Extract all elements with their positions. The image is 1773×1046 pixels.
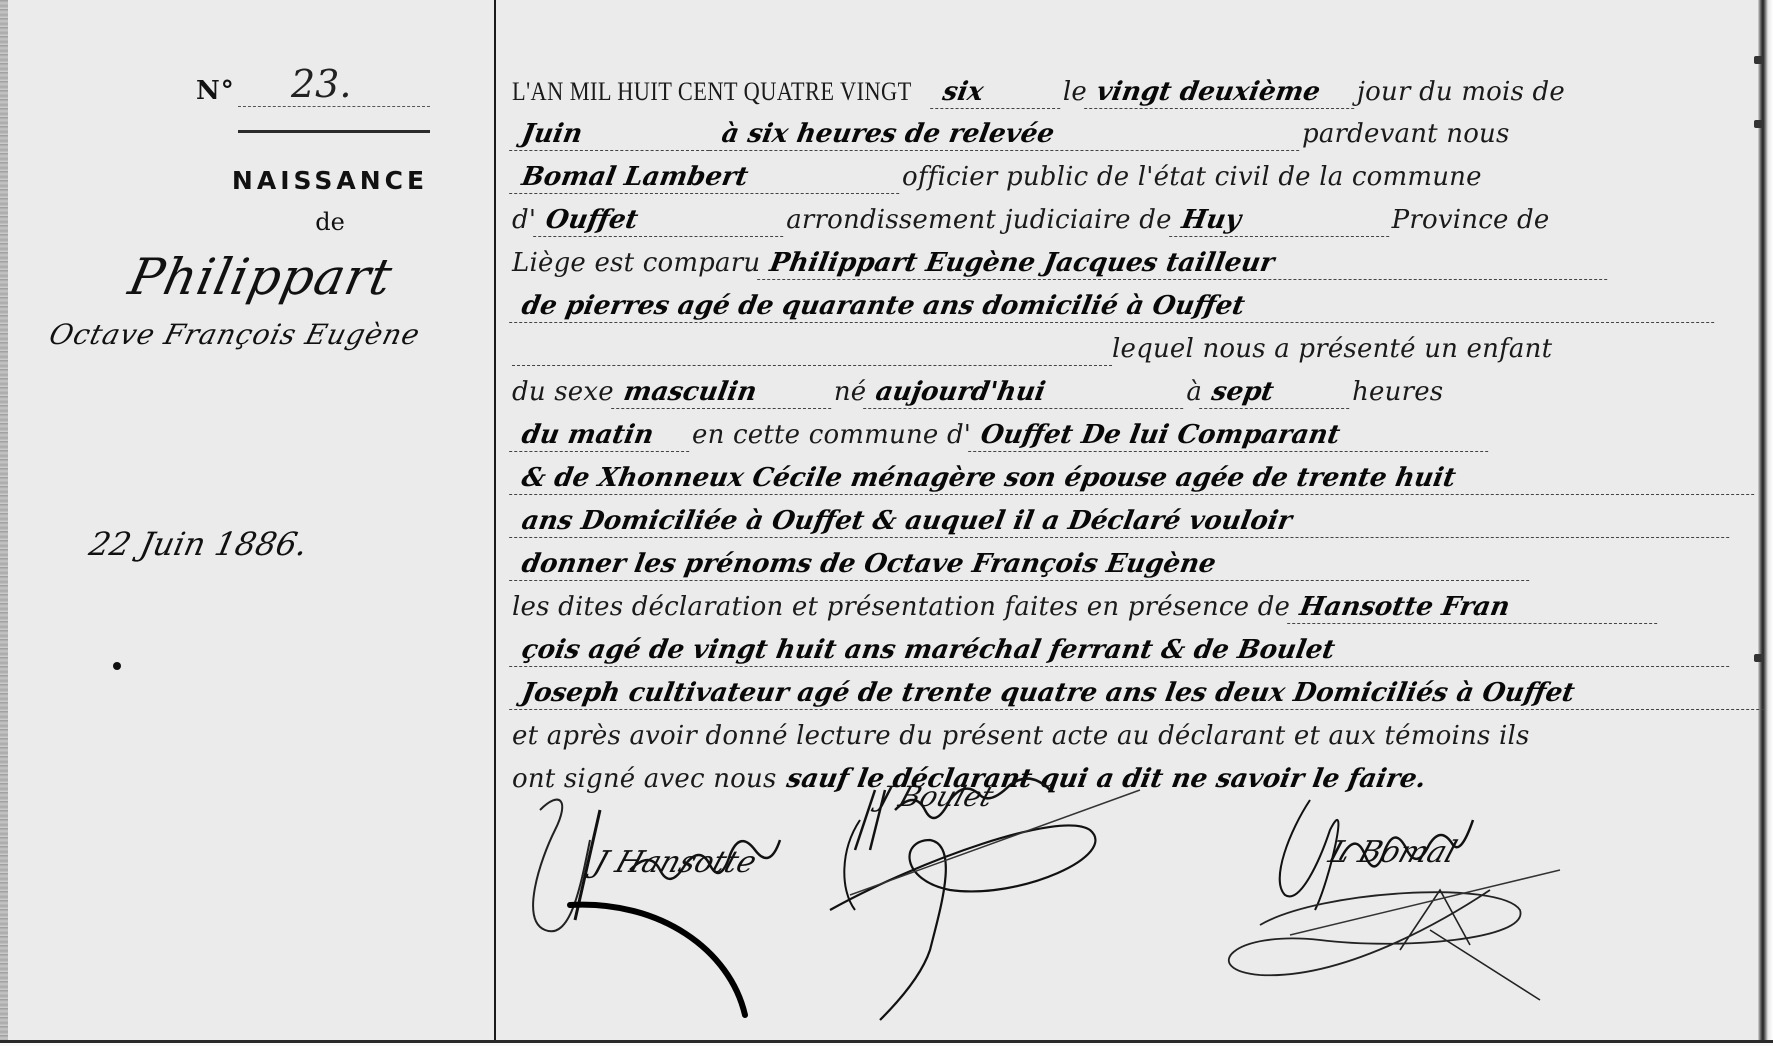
printed-text: jour du mois de bbox=[1357, 71, 1565, 114]
act-line: de pierres agé de quarante ans domicilié… bbox=[512, 285, 1752, 328]
scan-left-edge bbox=[0, 0, 8, 1046]
printed-text: Liège est comparu bbox=[512, 242, 760, 285]
act-line: Joseph cultivateur agé de trente quatre … bbox=[512, 672, 1752, 715]
binding-clip bbox=[1754, 120, 1764, 128]
act-line: & de Xhonneux Cécile ménagère son épouse… bbox=[512, 457, 1752, 500]
act-line: du matin en cette commune d' Ouffet De l… bbox=[512, 414, 1752, 457]
handwritten-entry: & de Xhonneux Cécile ménagère son épouse… bbox=[509, 462, 1760, 495]
act-line: les dites déclaration et présentation fa… bbox=[512, 586, 1752, 629]
signature-hansotte: J Hansotte bbox=[589, 845, 761, 880]
act-line: d'Ouffet arrondissement judiciaire de Hu… bbox=[512, 199, 1752, 242]
signatures-area: J Hansotte J Boulet L Bomal bbox=[500, 770, 1750, 1030]
handwritten-entry: à six heures de relevée bbox=[709, 118, 1305, 151]
handwritten-entry: de pierres agé de quarante ans domicilié… bbox=[509, 290, 1720, 323]
handwritten-entry: ans Domiciliée à Ouffet & auquel il a Dé… bbox=[509, 505, 1735, 538]
blank-field: ~ bbox=[512, 333, 1112, 366]
birth-record-page: N° 23. NAISSANCE de Philippart Octave Fr… bbox=[0, 0, 1773, 1046]
handwritten-entry: Philippart Eugène Jacques tailleur bbox=[757, 247, 1613, 280]
handwritten-entry: Ouffet bbox=[533, 204, 789, 237]
printed-text: heures bbox=[1352, 371, 1443, 414]
act-line: du sexe masculin né aujourd'hui à sept h… bbox=[512, 371, 1752, 414]
act-body: L'AN MIL HUIT CENT QUATRE VINGTsix le vi… bbox=[512, 70, 1752, 801]
printed-text: L'AN MIL HUIT CENT QUATRE VINGT bbox=[512, 70, 912, 113]
margin-date: 22 Juin 1886. bbox=[86, 525, 311, 563]
binding-clip bbox=[1754, 654, 1764, 662]
signature-bomal: L Bomal bbox=[1324, 835, 1461, 870]
printed-text: et après avoir donné lecture du présent … bbox=[512, 715, 1530, 758]
column-divider bbox=[494, 0, 496, 1043]
act-number-underline bbox=[238, 106, 430, 107]
signature-boulet: J Boulet bbox=[875, 780, 998, 813]
act-number-label: N° bbox=[196, 76, 235, 106]
handwritten-entry: donner les prénoms de Octave François Eu… bbox=[509, 548, 1535, 581]
act-number-value: 23. bbox=[291, 62, 351, 106]
printed-text: du sexe bbox=[512, 371, 614, 414]
printed-text: pardevant nous bbox=[1302, 113, 1510, 156]
handwritten-entry: sept bbox=[1199, 376, 1355, 409]
handwritten-entry: six bbox=[930, 76, 1066, 109]
handwritten-entry: Bomal Lambert bbox=[509, 161, 905, 194]
handwritten-entry: çois agé de vingt huit ans maréchal ferr… bbox=[509, 634, 1735, 667]
handwritten-entry: masculin bbox=[611, 376, 837, 409]
act-number: N° 23. bbox=[196, 68, 436, 108]
act-line: Bomal Lambert officier public de l'état … bbox=[512, 156, 1752, 199]
act-line: çois agé de vingt huit ans maréchal ferr… bbox=[512, 629, 1752, 672]
margin-separator bbox=[238, 130, 430, 133]
record-type-heading: NAISSANCE bbox=[210, 166, 450, 195]
printed-text: officier public de l'état civil de la co… bbox=[902, 156, 1482, 199]
act-line: ans Domiciliée à Ouffet & auquel il a Dé… bbox=[512, 500, 1752, 543]
handwritten-entry: Juin bbox=[509, 118, 715, 151]
signature-flourishes bbox=[500, 770, 1750, 1030]
ink-dot bbox=[113, 662, 121, 670]
binding-clip bbox=[1754, 56, 1764, 64]
act-line: Juinà six heures de relevée pardevant no… bbox=[512, 113, 1752, 156]
record-type-de: de bbox=[210, 208, 450, 236]
act-line: Liège est comparu Philippart Eugène Jacq… bbox=[512, 242, 1752, 285]
margin-column: N° 23. NAISSANCE de Philippart Octave Fr… bbox=[10, 0, 492, 1040]
printed-text: lequel nous a présenté un enfant bbox=[1112, 328, 1552, 371]
act-line: L'AN MIL HUIT CENT QUATRE VINGTsix le vi… bbox=[512, 70, 1752, 113]
printed-text: en cette commune d' bbox=[692, 414, 971, 457]
act-line: ~ lequel nous a présenté un enfant bbox=[512, 328, 1752, 371]
printed-text: Province de bbox=[1392, 199, 1550, 242]
handwritten-entry: Huy bbox=[1169, 204, 1395, 237]
handwritten-entry: du matin bbox=[509, 419, 695, 452]
handwritten-entry: Hansotte Fran bbox=[1287, 591, 1663, 624]
binding-edge bbox=[1758, 0, 1773, 1046]
handwritten-entry: Joseph cultivateur agé de trente quatre … bbox=[509, 677, 1770, 710]
handwritten-entry: vingt deuxième bbox=[1084, 76, 1360, 109]
printed-text: né bbox=[834, 371, 867, 414]
handwritten-entry: aujourd'hui bbox=[863, 376, 1189, 409]
act-line: et après avoir donné lecture du présent … bbox=[512, 715, 1752, 758]
printed-text: arrondissement judiciaire de bbox=[786, 199, 1171, 242]
act-line: donner les prénoms de Octave François Eu… bbox=[512, 543, 1752, 586]
child-surname: Philippart bbox=[124, 248, 398, 306]
child-given-names: Octave François Eugène bbox=[46, 318, 424, 351]
printed-text: les dites déclaration et présentation fa… bbox=[512, 586, 1290, 629]
handwritten-entry: Ouffet De lui Comparant bbox=[968, 419, 1494, 452]
